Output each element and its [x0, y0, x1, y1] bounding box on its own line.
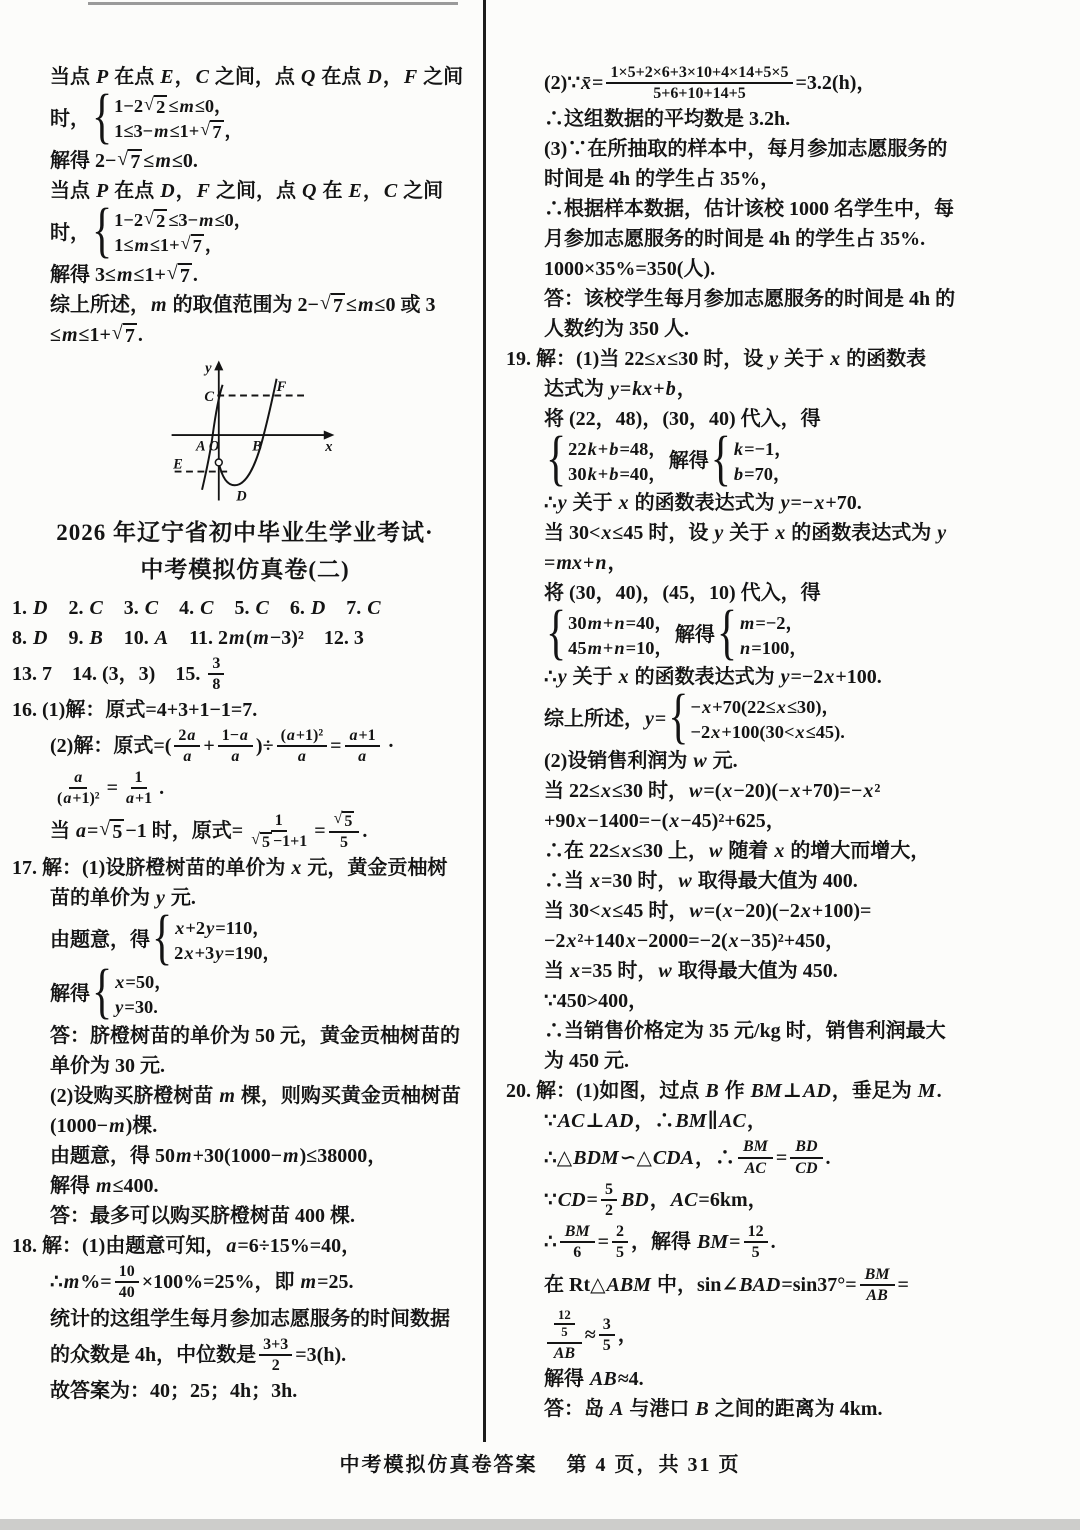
text-line: 由题意，得{x+2y=110，2x+3y=190，: [12, 913, 478, 967]
text-line: (3)∵在所抽取的样本中，每月参加志愿服务的: [506, 134, 1072, 164]
text-line: (2)解：原式=(2aa+1−aa)÷(a+1)²a=a+1a ·: [12, 725, 478, 767]
text-line: 综上所述，y={−x+70(22≤x≤30)，−2x+100(30<x≤45).: [506, 692, 1072, 746]
text-line: 解得 m≤400.: [12, 1171, 478, 1201]
bottom-scan-strip: [0, 1519, 1080, 1530]
open-point: [215, 459, 222, 466]
text-line: ∴当销售价格定为 35 元/kg 时，销售利润最大: [506, 1016, 1072, 1046]
text-line: ∴在 22≤x≤30 上，w 随着 x 的增大而增大，: [506, 836, 1072, 866]
text-line: 当 x=35 时，w 取得最大值为 450.: [506, 956, 1072, 986]
text-line: 的众数是 4h，中位数是3+32=3(h).: [12, 1334, 478, 1376]
text-line: ∴y 关于 x 的函数表达式为 y=−x+70.: [506, 488, 1072, 518]
text-line: ∴y 关于 x 的函数表达式为 y=−2x+100.: [506, 662, 1072, 692]
text-line: 18. 解：(1)由题意可知，a=6÷15%=40，: [12, 1231, 478, 1261]
text-line: ∴BM6=25，解得 BM=125.: [506, 1221, 1072, 1263]
text-line: 由题意，得 50m+30(1000−m)≤38000，: [12, 1141, 478, 1171]
text-line: ∵CD=52BD，AC=6km，: [506, 1179, 1072, 1221]
text-line: 时间是 4h 的学生占 35%，: [506, 164, 1072, 194]
text-line: ∴根据样本数据，估计该校 1000 名学生中，每: [506, 194, 1072, 224]
text-line: 解得 AB≈4.: [506, 1364, 1072, 1394]
answers-block-left: 1. D 2. C 3. C 4. C 5. C 6. D 7. C8. D 9…: [12, 593, 478, 1406]
right-column: (2)∵x̄=1×5+2×6+3×10+4×14+5×55+6+10+14+5=…: [506, 62, 1072, 1424]
text-line: 1000×35%=350(人).: [506, 254, 1072, 284]
text-line: 答：岛 A 与港口 B 之间的距离为 4km.: [506, 1394, 1072, 1424]
text-line: a(a+1)²=1a+1.: [12, 767, 478, 809]
label-B: B: [251, 438, 262, 454]
text-line: 统计的这组学生每月参加志愿服务的时间数据: [12, 1304, 478, 1334]
text-line: 1. D 2. C 3. C 4. C 5. C 6. D 7. C: [12, 593, 478, 623]
paper-title-line2: 中考模拟仿真卷(二): [12, 551, 478, 588]
parabola-graph: y x C F A O B E D: [164, 356, 339, 508]
text-line: 答：最多可以购买脐橙树苗 400 棵.: [12, 1201, 478, 1231]
text-line: 解得{x=50，y=30.: [12, 967, 478, 1021]
text-line: 13. 7 14. (3，3) 15. 38: [12, 653, 478, 695]
footer-text: 中考模拟仿真卷答案 第 4 页，共 31 页: [340, 1454, 741, 1476]
text-line: (1000−m)棵.: [12, 1111, 478, 1141]
text-line: ∴这组数据的平均数是 3.2h.: [506, 104, 1072, 134]
text-line: 苗的单价为 y 元.: [12, 883, 478, 913]
text-line: ∴m%=1040×100%=25%，即 m=25.: [12, 1261, 478, 1303]
text-line: {22k+b=48，30k+b=40，解得{k=−1，b=70，: [506, 434, 1072, 488]
text-line: 17. 解：(1)设脐橙树苗的单价为 x 元，黄金贡柚树: [12, 853, 478, 883]
text-line: 时，{1−2√2≤3−m≤0，1≤m≤1+√7，: [12, 206, 478, 260]
x-axis-arrow: [324, 430, 335, 439]
text-line: −2x²+140x−2000=−2(x−35)²+450，: [506, 926, 1072, 956]
text-line: 答：脐橙树苗的单价为 50 元，黄金贡柚树苗的: [12, 1021, 478, 1051]
text-line: 综上所述，m 的取值范围为 2−√7≤m≤0 或 3: [12, 290, 478, 320]
text-line: 将 (22，48)，(30，40) 代入，得: [506, 404, 1072, 434]
text-line: 时，{1−2√2≤m≤0，1≤3−m≤1+√7，: [12, 92, 478, 146]
answers-block-right: (2)∵x̄=1×5+2×6+3×10+4×14+5×55+6+10+14+5=…: [506, 62, 1072, 1424]
text-line: 20. 解：(1)如图，过点 B 作 BM⊥AD，垂足为 M.: [506, 1076, 1072, 1106]
text-line: 月参加志愿服务的时间是 4h 的学生占 35%.: [506, 224, 1072, 254]
text-line: 解得 3≤m≤1+√7.: [12, 260, 478, 290]
page-footer: 中考模拟仿真卷答案 第 4 页，共 31 页: [0, 1448, 1080, 1477]
label-C: C: [204, 389, 214, 405]
text-line: 单价为 30 元.: [12, 1051, 478, 1081]
text-line: ≤m≤1+√7.: [12, 320, 478, 350]
column-divider: [483, 0, 486, 1442]
text-line: 达式为 y=kx+b，: [506, 374, 1072, 404]
label-y: y: [203, 361, 212, 377]
text-line: 答：该校学生每月参加志愿服务的时间是 4h 的: [506, 284, 1072, 314]
text-line: 故答案为：40；25；4h；3h.: [12, 1376, 478, 1406]
text-line: 125AB≈35，: [506, 1306, 1072, 1364]
label-F: F: [276, 379, 287, 395]
text-line: 将 (30，40)，(45，10) 代入，得: [506, 578, 1072, 608]
text-line: ∴当 x=30 时，w 取得最大值为 400.: [506, 866, 1072, 896]
paper-title-line1: 2026 年辽宁省初中毕业生学业考试·: [12, 514, 478, 551]
top-scan-rule: [88, 2, 458, 5]
text-line: ∵450>400，: [506, 986, 1072, 1016]
text-line: 当 a=√5−1 时，原式=1√5−1+1=√55.: [12, 810, 478, 854]
label-O: O: [209, 438, 220, 454]
paper-title: 2026 年辽宁省初中毕业生学业考试· 中考模拟仿真卷(二): [12, 514, 478, 589]
text-line: 人数约为 350 人.: [506, 314, 1072, 344]
label-D: D: [235, 488, 247, 504]
text-line: 在 Rt△ABM 中，sin∠BAD=sin37°=BMAB=: [506, 1264, 1072, 1306]
text-line: 8. D 9. B 10. A 11. 2m(m−3)² 12. 3: [12, 623, 478, 653]
label-x: x: [324, 439, 332, 455]
question-continuation-block: 当点 P 在点 E，C 之间，点 Q 在点 D，F 之间时，{1−2√2≤m≤0…: [12, 62, 478, 350]
text-line: {30m+n=40，45m+n=10，解得{m=−2，n=100，: [506, 608, 1072, 662]
text-line: (2)∵x̄=1×5+2×6+3×10+4×14+5×55+6+10+14+5=…: [506, 62, 1072, 104]
text-line: 当 30<x≤45 时，w=(x−20)(−2x+100)=: [506, 896, 1072, 926]
text-line: =mx+n，: [506, 548, 1072, 578]
label-E: E: [172, 457, 183, 473]
answer-sheet-page: 当点 P 在点 E，C 之间，点 Q 在点 D，F 之间时，{1−2√2≤m≤0…: [0, 0, 1080, 1530]
text-line: (2)设购买脐橙树苗 m 棵，则购买黄金贡柚树苗: [12, 1081, 478, 1111]
text-line: 为 450 元.: [506, 1046, 1072, 1076]
left-column: 当点 P 在点 E，C 之间，点 Q 在点 D，F 之间时，{1−2√2≤m≤0…: [12, 62, 478, 1406]
function-graph-figure: y x C F A O B E D: [164, 356, 339, 508]
text-line: 当点 P 在点 D，F 之间，点 Q 在 E，C 之间: [12, 176, 478, 206]
text-line: 当 30<x≤45 时，设 y 关于 x 的函数表达式为 y: [506, 518, 1072, 548]
text-line: 当 22≤x≤30 时，w=(x−20)(−x+70)=−x²: [506, 776, 1072, 806]
label-A: A: [195, 438, 206, 454]
text-line: (2)设销售利润为 w 元.: [506, 746, 1072, 776]
text-line: +90x−1400=−(x−45)²+625，: [506, 806, 1072, 836]
text-line: ∴△BDM∽△CDA，∴BMAC=BDCD.: [506, 1136, 1072, 1178]
text-line: 16. (1)解：原式=4+3+1−1=7.: [12, 695, 478, 725]
text-line: 当点 P 在点 E，C 之间，点 Q 在点 D，F 之间: [12, 62, 478, 92]
text-line: 19. 解：(1)当 22≤x≤30 时，设 y 关于 x 的函数表: [506, 344, 1072, 374]
y-axis-arrow: [214, 360, 223, 370]
text-line: ∵AC⊥AD，∴BM∥AC，: [506, 1106, 1072, 1136]
text-line: 解得 2−√7≤m≤0.: [12, 146, 478, 176]
